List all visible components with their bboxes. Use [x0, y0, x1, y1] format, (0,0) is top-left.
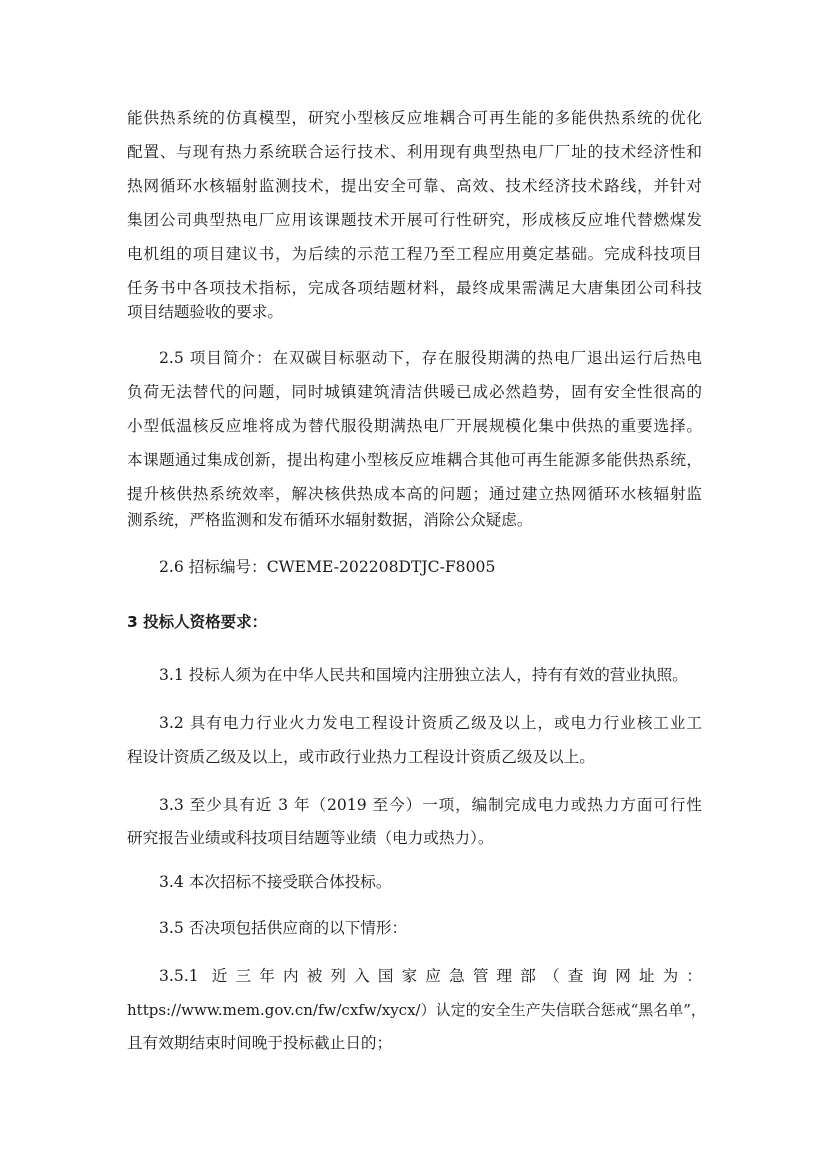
body-text-line: 电机组的项目建议书，为后续的示范工程乃至工程应用奠定基础。完成科技项目	[127, 242, 702, 266]
body-text-line: 项目结题验收的要求。	[127, 300, 702, 324]
body-text-line: 配置、与现有热力系统联合运行技术、利用现有典型热电厂厂址的技术经济性和	[127, 140, 702, 164]
body-text-line: 集团公司典型热电厂应用该课题技术开展可行性研究，形成核反应堆代替燃煤发	[127, 208, 702, 232]
section-3-heading: 3 投标人资格要求：	[127, 610, 702, 634]
section-2-5-line: 提升核供热系统效率，解决核供热成本高的问题；通过建立热网循环水核辐射监	[127, 482, 702, 506]
body-text-line: 能供热系统的仿真模型，研究小型核反应堆耦合可再生能的多能供热系统的优化	[127, 106, 702, 130]
item-3-5-1-line: 且有效期结束时间晚于投标截止日的；	[127, 1031, 702, 1055]
body-text-line: 任务书中各项技术指标，完成各项结题材料，最终成果需满足大唐集团公司科技	[127, 276, 702, 300]
item-3-3-line: 研究报告业绩或科技项目结题等业绩（电力或热力）。	[127, 826, 702, 850]
section-2-5-line: 本课题通过集成创新，提出构建小型核反应堆耦合其他可再生能源多能供热系统，	[127, 448, 702, 472]
item-3-2-line: 程设计资质乙级及以上，或市政行业热力工程设计资质乙级及以上。	[127, 745, 702, 769]
item-3-1: 3.1 投标人须为在中华人民共和国境内注册独立法人，持有有效的营业执照。	[159, 663, 702, 687]
section-2-5-line: 小型低温核反应堆将成为替代服役期满热电厂开展规模化集中供热的重要选择。	[127, 414, 702, 438]
body-text-line: 热网循环水核辐射监测技术，提出安全可靠、高效、技术经济技术路线，并针对	[127, 174, 702, 198]
item-3-5-1-url-line: https://www.mem.gov.cn/fw/cxfw/xycx/）认定的…	[127, 998, 702, 1022]
bid-number: 2.6 招标编号：CWEME-202208DTJC-F8005	[159, 555, 702, 579]
item-3-2-line: 3.2 具有电力行业火力发电工程设计资质乙级及以上，或电力行业核工业工	[159, 711, 702, 735]
section-2-5-line: 测系统，严格监测和发布循环水辐射数据，消除公众疑虑。	[127, 508, 702, 532]
section-2-5-line: 负荷无法替代的问题，同时城镇建筑清洁供暖已成必然趋势，固有安全性很高的	[127, 380, 702, 404]
section-2-5-line: 2.5 项目简介：在双碳目标驱动下，存在服役期满的热电厂退出运行后热电	[159, 346, 702, 370]
item-3-5: 3.5 否决项包括供应商的以下情形：	[159, 916, 702, 940]
item-3-5-1-line: 3.5.1 近三年内被列入国家应急管理部（查询网址为：	[159, 964, 702, 988]
document-page: 能供热系统的仿真模型，研究小型核反应堆耦合可再生能的多能供热系统的优化 配置、与…	[0, 0, 827, 1169]
item-3-3-line: 3.3 至少具有近 3 年（2019 至今）一项，编制完成电力或热力方面可行性	[159, 793, 702, 817]
item-3-4: 3.4 本次招标不接受联合体投标。	[159, 870, 702, 894]
